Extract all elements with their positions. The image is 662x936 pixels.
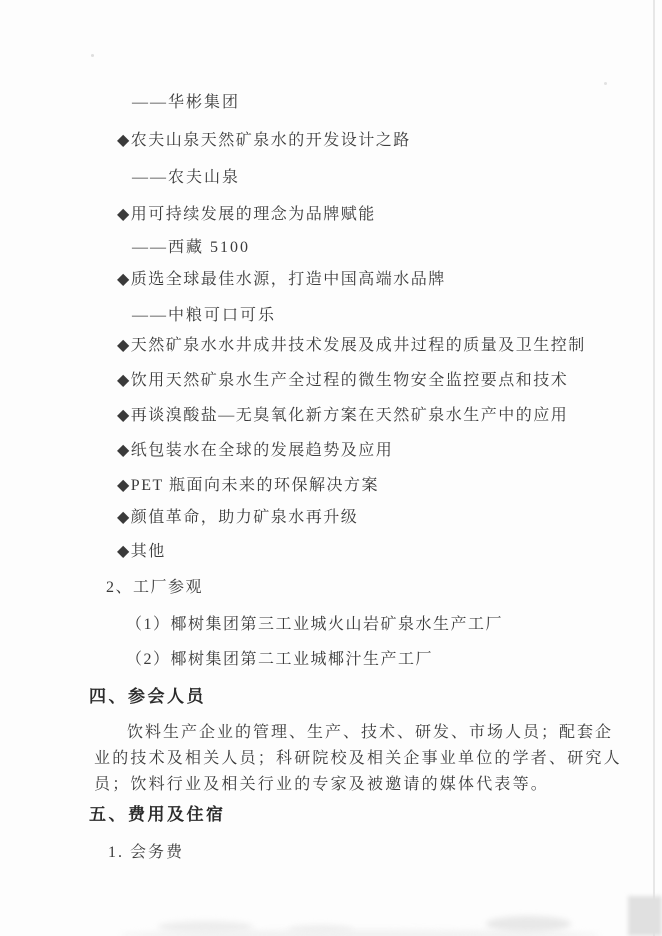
topic-line: ◆农夫山泉天然矿泉水的开发设计之路: [117, 130, 662, 152]
scan-speck: [91, 54, 94, 57]
factory-tour-label: 2、工厂参观: [106, 577, 662, 599]
attendees-paragraph: 饮料生产企业的管理、生产、技术、研发、市场人员；配套企 业的技术及相关人员；科研…: [94, 720, 622, 798]
topic-line: ◆饮用天然矿泉水生产全过程的微生物安全监控要点和技术: [117, 370, 662, 392]
attendees-paragraph-line: 业的技术及相关人员；科研院校及相关企事业单位的学者、研究人: [94, 746, 622, 772]
factory-tour-item: （1）椰树集团第三工业城火山岩矿泉水生产工厂: [126, 614, 662, 636]
scanned-document-page: ——华彬集团 ◆农夫山泉天然矿泉水的开发设计之路 ——农夫山泉 ◆用可持续发展的…: [0, 0, 662, 936]
scan-smudge: [158, 921, 253, 933]
scan-edge-line: [653, 0, 655, 936]
topic-line: ◆PET 瓶面向未来的环保解决方案: [117, 475, 662, 497]
presenter-line: ——农夫山泉: [132, 167, 662, 189]
scan-corner-shadow: [628, 896, 662, 936]
fee-item: 1. 会务费: [108, 842, 662, 864]
attendees-paragraph-line: 饮料生产企业的管理、生产、技术、研发、市场人员；配套企: [94, 720, 622, 746]
topic-line: ◆用可持续发展的理念为品牌赋能: [117, 204, 662, 226]
presenter-line: ——华彬集团: [132, 92, 662, 114]
attendees-paragraph-line: 员；饮料行业及相关行业的专家及被邀请的媒体代表等。: [94, 772, 622, 798]
factory-tour-item: （2）椰树集团第二工业城椰汁生产工厂: [126, 649, 662, 671]
topic-line: ◆质选全球最佳水源，打造中国高端水品牌: [117, 269, 662, 291]
topic-line: ◆纸包装水在全球的发展趋势及应用: [117, 440, 662, 462]
section-heading-fees: 五、费用及住宿: [89, 803, 662, 827]
scan-speck: [604, 82, 607, 85]
scan-smudge: [486, 916, 571, 932]
topic-line: ◆其他: [117, 541, 662, 563]
topic-line: ◆颜值革命，助力矿泉水再升级: [117, 507, 662, 529]
topic-line: ◆再谈溴酸盐—无臭氧化新方案在天然矿泉水生产中的应用: [117, 405, 662, 427]
scan-smudge: [288, 925, 353, 934]
topic-line: ◆天然矿泉水水井成井技术发展及成井过程的质量及卫生控制: [117, 335, 662, 357]
presenter-line: ——中粮可口可乐: [132, 305, 662, 327]
presenter-line: ——西藏 5100: [132, 237, 662, 259]
section-heading-attendees: 四、参会人员: [89, 685, 662, 709]
